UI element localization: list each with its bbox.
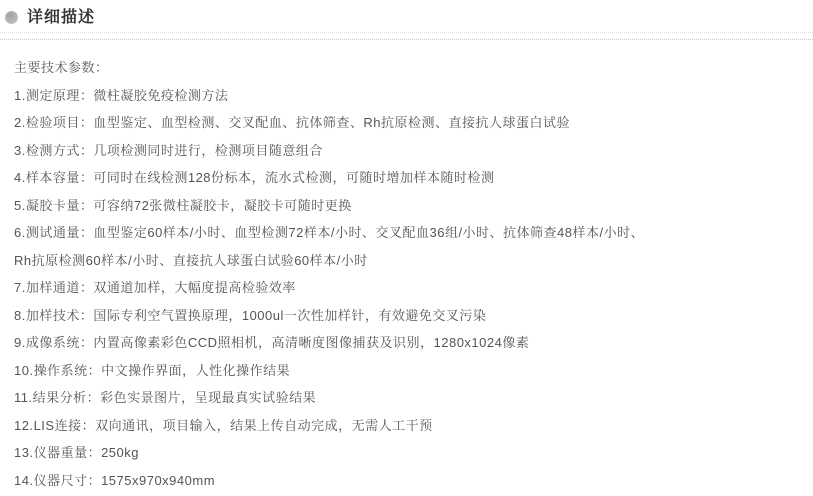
circle-bullet-icon: [5, 11, 18, 24]
section-header: 详细描述: [0, 0, 813, 33]
spec-line-test-mode: 3.检测方式：几项检测同时进行，检测项目随意组合: [14, 136, 805, 164]
spec-line-measure-principle: 1.测定原理：微柱凝胶免疫检测方法: [14, 81, 805, 109]
spec-line-sampling-tech: 8.加样技术：国际专利空气置换原理，1000ul一次性加样针，有效避免交叉污染: [14, 301, 805, 329]
spec-line-dimensions: 14.仪器尺寸：1575x970x940mm: [14, 466, 805, 494]
spec-line-result-analysis: 11.结果分析：彩色实景图片，呈现最真实试验结果: [14, 383, 805, 411]
spec-line-lis-connection: 12.LIS连接：双向通讯，项目输入，结果上传自动完成，无需人工干预: [14, 411, 805, 439]
spec-line-intro: 主要技术参数：: [14, 53, 805, 81]
spec-line-weight: 13.仪器重量：250kg: [14, 438, 805, 466]
header-divider: [0, 33, 813, 40]
spec-line-throughput-cont: Rh抗原检测60样本/小时、直接抗人球蛋白试验60样本/小时: [14, 246, 805, 274]
spec-line-sample-capacity: 4.样本容量：可同时在线检测128份标本，流水式检测，可随时增加样本随时检测: [14, 163, 805, 191]
spec-line-imaging-system: 9.成像系统：内置高像素彩色CCD照相机，高清晰度图像捕获及识别，1280x10…: [14, 328, 805, 356]
spec-line-gel-card-capacity: 5.凝胶卡量：可容纳72张微柱凝胶卡，凝胶卡可随时更换: [14, 191, 805, 219]
spec-list: 主要技术参数： 1.测定原理：微柱凝胶免疫检测方法 2.检验项目：血型鉴定、血型…: [0, 40, 813, 493]
spec-line-throughput: 6.测试通量：血型鉴定60样本/小时、血型检测72样本/小时、交叉配血36组/小…: [14, 218, 805, 246]
spec-line-test-items: 2.检验项目：血型鉴定、血型检测、交叉配血、抗体筛查、Rh抗原检测、直接抗人球蛋…: [14, 108, 805, 136]
spec-line-operating-system: 10.操作系统：中文操作界面，人性化操作结果: [14, 356, 805, 384]
spec-line-sampling-channel: 7.加样通道：双通道加样，大幅度提高检验效率: [14, 273, 805, 301]
section-title: 详细描述: [27, 10, 95, 26]
